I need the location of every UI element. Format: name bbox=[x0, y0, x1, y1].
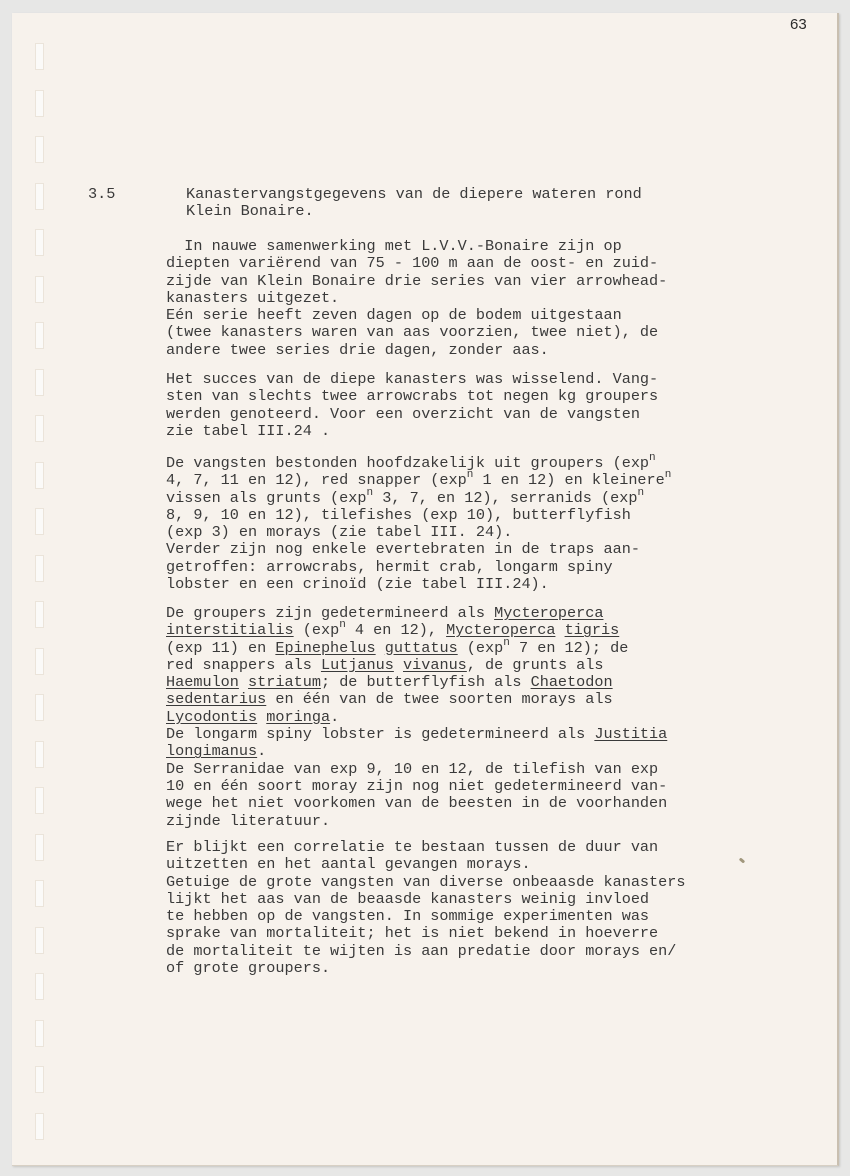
paragraph-correlation: Er blijkt een correlatie te bestaan tuss… bbox=[166, 839, 686, 977]
binding-hole bbox=[35, 834, 44, 861]
binding-hole bbox=[35, 369, 44, 396]
binding-hole bbox=[35, 229, 44, 256]
document-page: 63 3.5 Kanastervangstgegevens van de die… bbox=[12, 13, 839, 1166]
species-name: Lycodontis bbox=[166, 708, 257, 726]
binding-hole bbox=[35, 415, 44, 442]
species-name: Chaetodon bbox=[531, 673, 613, 691]
binding-hole bbox=[35, 136, 44, 163]
binding-hole bbox=[35, 648, 44, 675]
binding-hole bbox=[35, 1066, 44, 1093]
binding-hole bbox=[35, 880, 44, 907]
species-name: Mycteroperca bbox=[446, 621, 555, 639]
binding-hole bbox=[35, 43, 44, 70]
species-name: Epinephelus bbox=[275, 639, 375, 657]
binding-hole bbox=[35, 555, 44, 582]
species-name: tigris bbox=[565, 621, 620, 639]
species-name: Mycteroperca bbox=[494, 604, 603, 622]
species-name: Lutjanus bbox=[321, 656, 394, 674]
paragraph-success: Het succes van de diepe kanasters was wi… bbox=[166, 371, 658, 440]
paragraph-identification: De groupers zijn gedetermineerd als Myct… bbox=[166, 605, 667, 830]
binding-hole bbox=[35, 927, 44, 954]
binding-hole bbox=[35, 183, 44, 210]
binding-hole bbox=[35, 462, 44, 489]
species-name: interstitialis bbox=[166, 621, 294, 639]
binding-holes bbox=[35, 13, 45, 1165]
species-name: sedentarius bbox=[166, 690, 266, 708]
species-name: Justitia bbox=[594, 725, 667, 743]
species-name: vivanus bbox=[403, 656, 467, 674]
binding-hole bbox=[35, 276, 44, 303]
ink-smudge bbox=[739, 857, 746, 863]
species-name: moringa bbox=[266, 708, 330, 726]
paragraph-catches: De vangsten bestonden hoofdzakelijk uit … bbox=[166, 455, 671, 593]
section-title: Kanastervangstgegevens van de diepere wa… bbox=[186, 186, 642, 221]
binding-hole bbox=[35, 694, 44, 721]
species-name: Haemulon bbox=[166, 673, 239, 691]
binding-hole bbox=[35, 973, 44, 1000]
species-name: longimanus bbox=[166, 742, 257, 760]
binding-hole bbox=[35, 787, 44, 814]
binding-hole bbox=[35, 90, 44, 117]
paragraph-intro: In nauwe samenwerking met L.V.V.-Bonaire… bbox=[166, 238, 667, 359]
binding-hole bbox=[35, 741, 44, 768]
binding-hole bbox=[35, 1020, 44, 1047]
page-number: 63 bbox=[790, 16, 807, 33]
species-name: striatum bbox=[248, 673, 321, 691]
section-number: 3.5 bbox=[88, 186, 115, 203]
binding-hole bbox=[35, 508, 44, 535]
species-name: guttatus bbox=[385, 639, 458, 657]
binding-hole bbox=[35, 1113, 44, 1140]
binding-hole bbox=[35, 322, 44, 349]
binding-hole bbox=[35, 601, 44, 628]
